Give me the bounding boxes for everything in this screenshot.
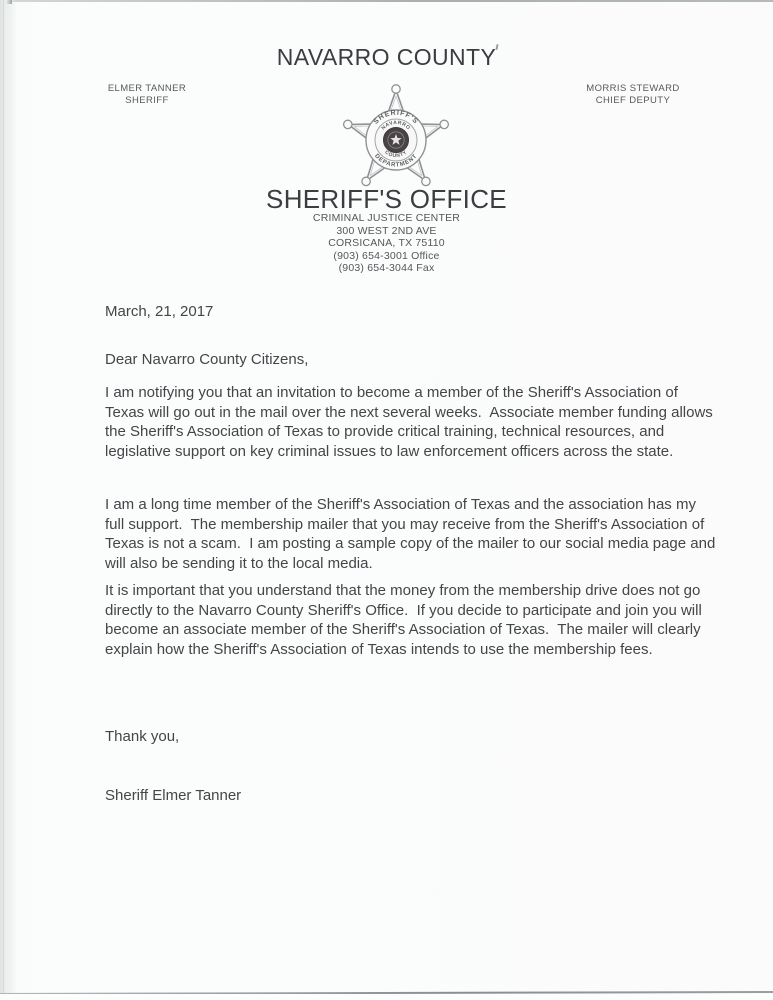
badge-svg: SHERIFF'S DEPARTMENT NAVARRO COUNTY	[336, 78, 456, 198]
scan-edge-top	[0, 0, 773, 2]
sheriff-star-badge-icon: SHERIFF'S DEPARTMENT NAVARRO COUNTY	[336, 78, 456, 198]
official-right-block: MORRIS STEWARD CHIEF DEPUTY	[568, 83, 698, 106]
star-tip-ball	[344, 120, 352, 128]
letter-salutation: Dear Navarro County Citizens,	[105, 350, 717, 370]
chief-deputy-name: MORRIS STEWARD	[568, 83, 698, 95]
letter-paragraph: I am a long time member of the Sheriff's…	[105, 495, 717, 573]
official-left-block: ELMER TANNER SHERIFF	[82, 83, 212, 106]
letter-paragraph: It is important that you understand that…	[105, 581, 717, 659]
star-tip-ball	[440, 120, 448, 128]
letter-closing-block: Thank you, Sheriff Elmer Tanner	[105, 688, 717, 844]
address-line: 300 WEST 2ND AVE	[0, 225, 773, 238]
address-line: CORSICANA, TX 75110	[0, 237, 773, 250]
letter-paragraph: I am notifying you that an invitation to…	[105, 383, 717, 461]
scan-edge-left-line	[3, 0, 4, 1000]
letter-date: March, 21, 2017	[105, 302, 717, 322]
chief-deputy-title: CHIEF DEPUTY	[568, 95, 698, 107]
signature-line: Sheriff Elmer Tanner	[105, 786, 717, 806]
county-title: NAVARRO COUNTY	[0, 44, 773, 71]
address-line: CRIMINAL JUSTICE CENTER	[0, 212, 773, 225]
address-block: CRIMINAL JUSTICE CENTER 300 WEST 2ND AVE…	[0, 212, 773, 275]
office-title: SHERIFF'S OFFICE	[0, 184, 773, 215]
star-tip-ball	[392, 85, 400, 93]
sheriff-title: SHERIFF	[82, 95, 212, 107]
closing-line: Thank you,	[105, 727, 717, 747]
address-line: (903) 654-3044 Fax	[0, 262, 773, 275]
scan-below-bottom	[0, 994, 773, 1000]
sheriff-name: ELMER TANNER	[82, 83, 212, 95]
address-line: (903) 654-3001 Office	[0, 250, 773, 263]
scanned-letter-page: NAVARRO COUNTY ELMER TANNER SHERIFF MORR…	[0, 0, 773, 1000]
